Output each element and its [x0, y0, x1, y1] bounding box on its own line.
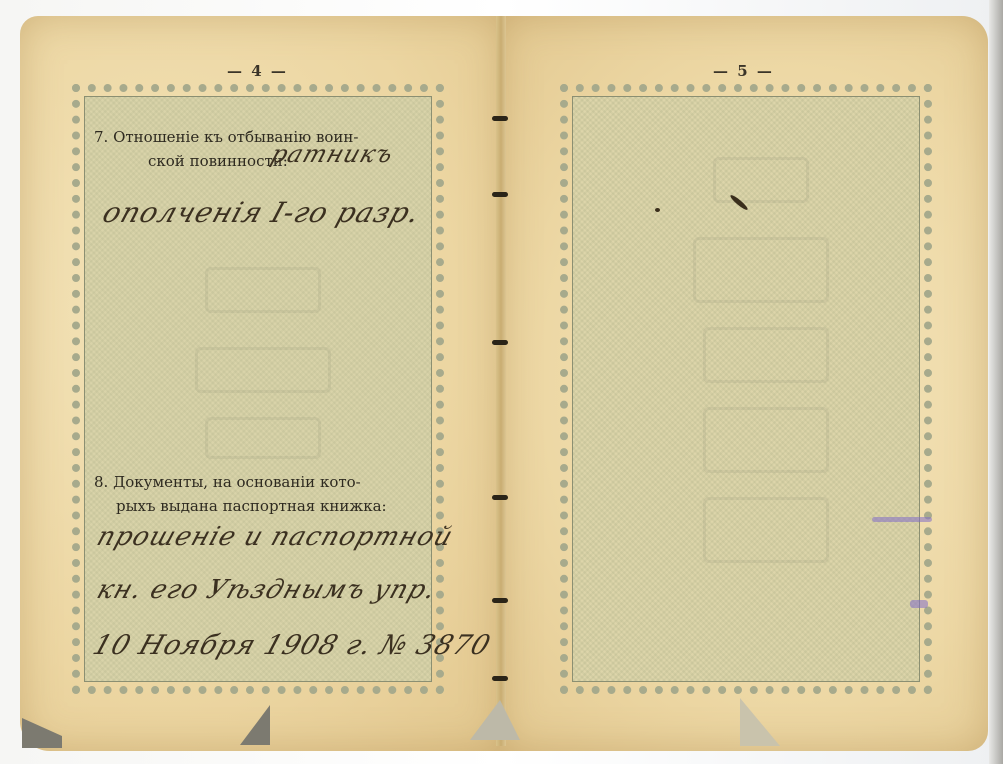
guilloche-frame-right: [560, 84, 932, 694]
stitch-hole: [492, 598, 508, 603]
watermark-pattern: [703, 327, 829, 383]
stitch-hole: [492, 495, 508, 500]
scanner-edge: [989, 0, 1003, 764]
field-8-label: 8. Документы, на основаніи кото- рыхъ вы…: [94, 470, 422, 518]
watermark-pattern: [703, 497, 829, 563]
field-8-label-line1: 8. Документы, на основаніи кото-: [94, 470, 422, 494]
stitch-hole: [492, 676, 508, 681]
watermark-pattern: [703, 407, 829, 473]
ink-blot: [655, 208, 660, 212]
watermark-pattern: [195, 347, 331, 393]
stitch-hole: [492, 340, 508, 345]
field-8-label-line2: рыхъ выдана паспортная книжка:: [94, 494, 422, 518]
watermark-pattern: [205, 417, 321, 459]
stitch-hole: [492, 116, 508, 121]
stitch-hole: [492, 192, 508, 197]
field-7-handwritten-line2: ополченія I-го разр.: [99, 196, 425, 229]
watermark-pattern: [205, 267, 321, 313]
frame-fill-right: [572, 96, 920, 682]
field-8-handwritten-line2: кн. его Уѣзднымъ упр.: [93, 575, 440, 605]
watermark-pattern: [693, 237, 829, 303]
field-7-handwritten-line1: ратникъ: [267, 140, 397, 168]
violet-stamp-mark: [872, 517, 932, 522]
page-number-right: — 5 —: [713, 62, 774, 80]
book-spine: [496, 16, 506, 746]
field-8-handwritten-line1: прошеніе и паспортной: [93, 522, 457, 552]
watermark-pattern: [713, 157, 809, 203]
violet-stamp-mark: [910, 600, 928, 608]
field-8-handwritten-line3: 10 Ноября 1908 г. № 3870: [89, 630, 495, 661]
page-number-left: — 4 —: [227, 62, 288, 80]
